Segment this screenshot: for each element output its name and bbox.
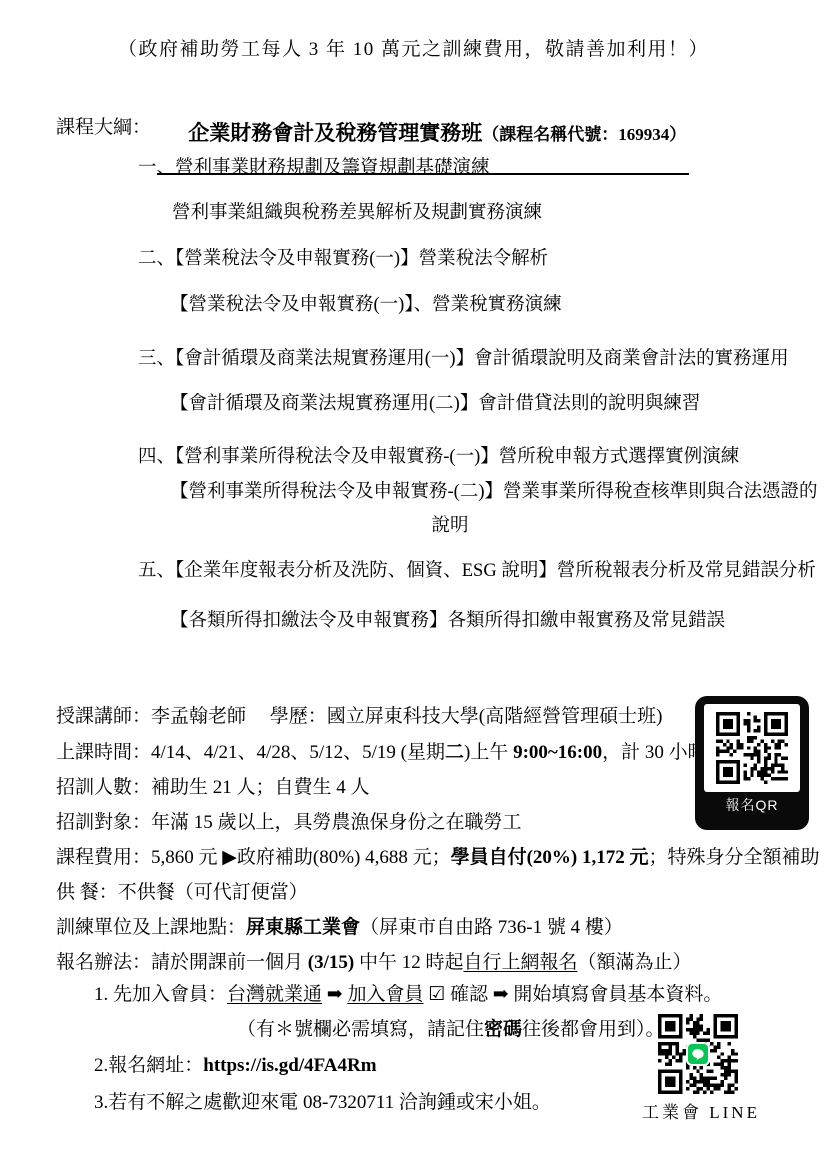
venue-line: 訓練單位及上課地點：屏東縣工業會（屏東市自由路 736-1 號 4 樓） [56, 916, 623, 940]
outline-item-3: 三、【會計循環及商業法規實務運用(一)】會計循環說明及商業會計法的實務運用 [138, 348, 789, 371]
schedule-line: 上課時間：4/14、4/21、4/28、5/12、5/19 (星期二)上午 9:… [56, 741, 707, 765]
outline-item-2: 二、【營業稅法令及申報實務(一)】營業稅法令解析 [138, 248, 548, 271]
course-title-code: （課程名稱代號：169934） [482, 125, 686, 144]
signup-step-2: 2.報名網址：https://is.gd/4FA4Rm [94, 1054, 377, 1078]
instructor-line: 授課講師：李孟翰老師 學歷：國立屏東科技大學(高階經營管理碩士班) [56, 705, 662, 729]
registration-qr-code: 報名QR [695, 696, 809, 830]
fee-line: 課程費用：5,860 元 ▶政府補助(80%) 4,688 元；學員自付(20%… [56, 846, 820, 870]
capacity-line: 招訓人數：補助生 21 人；自費生 4 人 [56, 776, 370, 800]
line-qr-code [658, 1014, 738, 1094]
document-page: （政府補助勞工每人 3 年 10 萬元之訓練費用，敬請善加利用！） 企業財務會計… [0, 0, 827, 1170]
signup-step-1-note: （有＊號欄必需填寫，請記住密碼往後都會用到）。 [237, 1018, 665, 1042]
outline-item-1: 一、營利事業財務規劃及籌資規劃基礎演練 [138, 157, 490, 180]
signup-step-1: 1. 先加入會員：台灣就業通 ➡ 加入會員 ☑ 確認 ➡ 開始填寫會員基本資料。 [94, 983, 722, 1007]
meal-line: 供 餐：不供餐（可代訂便當） [56, 881, 308, 905]
course-title-main: 企業財務會計及稅務管理實務班 [188, 121, 482, 145]
outline-item-3b: 【會計循環及商業法規實務運用(二)】會計借貸法則的說明與練習 [170, 393, 700, 416]
outline-heading: 課程大綱： [56, 116, 151, 140]
line-app-icon [686, 1042, 710, 1066]
eligibility-line: 招訓對象：年滿 15 歲以上，具勞農漁保身份之在職勞工 [56, 811, 522, 835]
outline-item-4b: 【營利事業所得稅法令及申報實務-(二)】營業事業所得稅查核準則與合法憑證的 [170, 481, 818, 504]
subsidy-note: （政府補助勞工每人 3 年 10 萬元之訓練費用，敬請善加利用！） [0, 38, 827, 62]
outline-item-4: 四、【營利事業所得稅法令及申報實務-(一)】營所稅申報方式選擇實例演練 [138, 446, 739, 469]
outline-item-4b-cont: 說明 [100, 515, 800, 538]
registration-qr-label: 報名QR [726, 795, 779, 815]
outline-item-5b: 【各類所得扣繳法令及申報實務】各類所得扣繳申報實務及常見錯誤 [170, 610, 725, 633]
outline-item-1b: 營利事業組織與稅務差異解析及規劃實務演練 [172, 202, 542, 225]
registration-qr-image [704, 704, 800, 792]
registration-line: 報名辦法：請於開課前一個月 (3/15) 中午 12 時起自行上網報名（額滿為止… [56, 951, 692, 975]
line-qr-label: 工業會 LINE [642, 1098, 754, 1123]
signup-step-3: 3.若有不解之處歡迎來電 08-7320711 洽詢鍾或宋小姐。 [94, 1091, 551, 1115]
outline-item-2b: 【營業稅法令及申報實務(一)】、營業稅實務演練 [170, 294, 562, 317]
outline-item-5: 五、【企業年度報表分析及洗防、個資、ESG 說明】營所稅報表分析及常見錯誤分析 [138, 560, 816, 583]
